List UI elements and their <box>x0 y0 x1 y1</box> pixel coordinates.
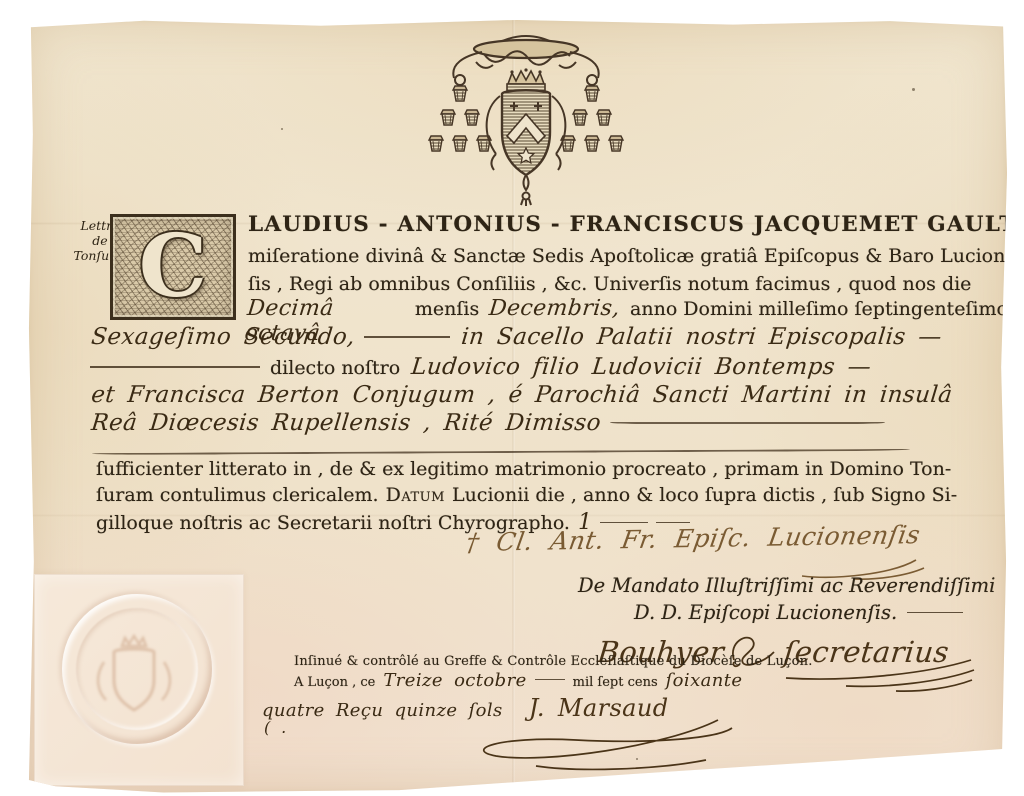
handwritten-mark: ( . <box>264 718 287 737</box>
pen-dash <box>656 521 690 523</box>
printed-line: miſeratione divinâ & Sanctæ Sedis Apoſto… <box>248 245 1024 267</box>
title-line: LAUDIUS - ANTONIUS - FRANCISCUS JACQUEME… <box>248 212 1024 237</box>
handwritten-chapel: in Sacello Palatii nostri Episcopalis — <box>460 324 943 350</box>
year-place-line: Sexageſimo Secundo, in Sacello Palatii n… <box>90 324 940 350</box>
handwritten-name: Ludovico filio Ludovicii Bontemps — <box>410 354 872 380</box>
registration-line1: Inſinué & contrôlé au Greffe & Contrôle … <box>294 654 813 669</box>
printed-run: ſuram contulimus clericalem. <box>96 484 379 506</box>
ornate-initial-C: C <box>110 214 236 320</box>
recipient-line: dilecto noſtro Ludovico filio Ludovicii … <box>90 354 870 380</box>
handwritten-parents: et Francisca Berton Conjugum , é Parochi… <box>90 382 954 408</box>
printed-line: ſufficienter litterato in , de & ex legi… <box>96 458 951 480</box>
printed-run: mil ſept cens <box>573 675 658 690</box>
printed-run: anno Domini milleſimo ſeptingenteſimo <box>630 298 1008 320</box>
embossed-seal-motif <box>84 622 184 722</box>
mandate-line: De Mandato Illuſtriſſimi ac Reverendiſſi… <box>578 574 995 597</box>
handwritten-month: Decembris, <box>488 296 621 321</box>
printed-run: dilecto noſtro <box>270 357 400 379</box>
printed-run: A Luçon , ce <box>294 675 375 690</box>
pen-dash <box>907 611 963 613</box>
filler-rule-full <box>92 448 910 455</box>
mandate-line: D. D. Epiſcopi Lucionenſis. <box>634 601 897 624</box>
printed-word: menſis <box>415 298 479 320</box>
registration-line2: A Luçon , ce Treize octobre mil ſept cen… <box>294 670 742 691</box>
handwritten-reg-date: Treize octobre <box>383 670 526 691</box>
mandate-line2-row: D. D. Epiſcopi Lucionenſis. <box>634 601 963 624</box>
paper-speck <box>281 128 283 130</box>
document-sheet: Lettre de Tonſure. C LAUDIUS - ANTONIUS … <box>26 18 1008 794</box>
episcopal-coat-of-arms <box>424 26 628 208</box>
handwritten-diocese: Reâ Diœcesis Rupellensis , Rité Dimisso <box>90 410 602 436</box>
filler-rule <box>90 365 260 368</box>
embossed-seal-patch <box>34 574 244 786</box>
printed-line-datum: ſuram contulimus clericalem. Datum Lucio… <box>96 484 957 506</box>
diocese-line: Reâ Diœcesis Rupellensis , Rité Dimisso <box>90 410 930 436</box>
handwritten-reg-year: ſoixante <box>666 670 743 691</box>
filler-rule <box>364 335 450 338</box>
filler-rule <box>610 421 885 424</box>
printed-datum-word: Datum <box>386 484 445 506</box>
printed-run: Lucionii die , anno & loco ſupra dictis … <box>452 484 957 506</box>
registrar-flourish-icon <box>456 716 736 772</box>
printed-line: ſis , Regi ab omnibus Conſiliis , &c. Un… <box>248 273 971 295</box>
handwritten-year: Sexageſimo Secundo, <box>90 324 356 350</box>
pen-dash <box>600 521 648 523</box>
paper-speck <box>912 88 915 91</box>
pen-dash <box>535 678 565 680</box>
drop-cap-letter: C <box>139 224 207 310</box>
